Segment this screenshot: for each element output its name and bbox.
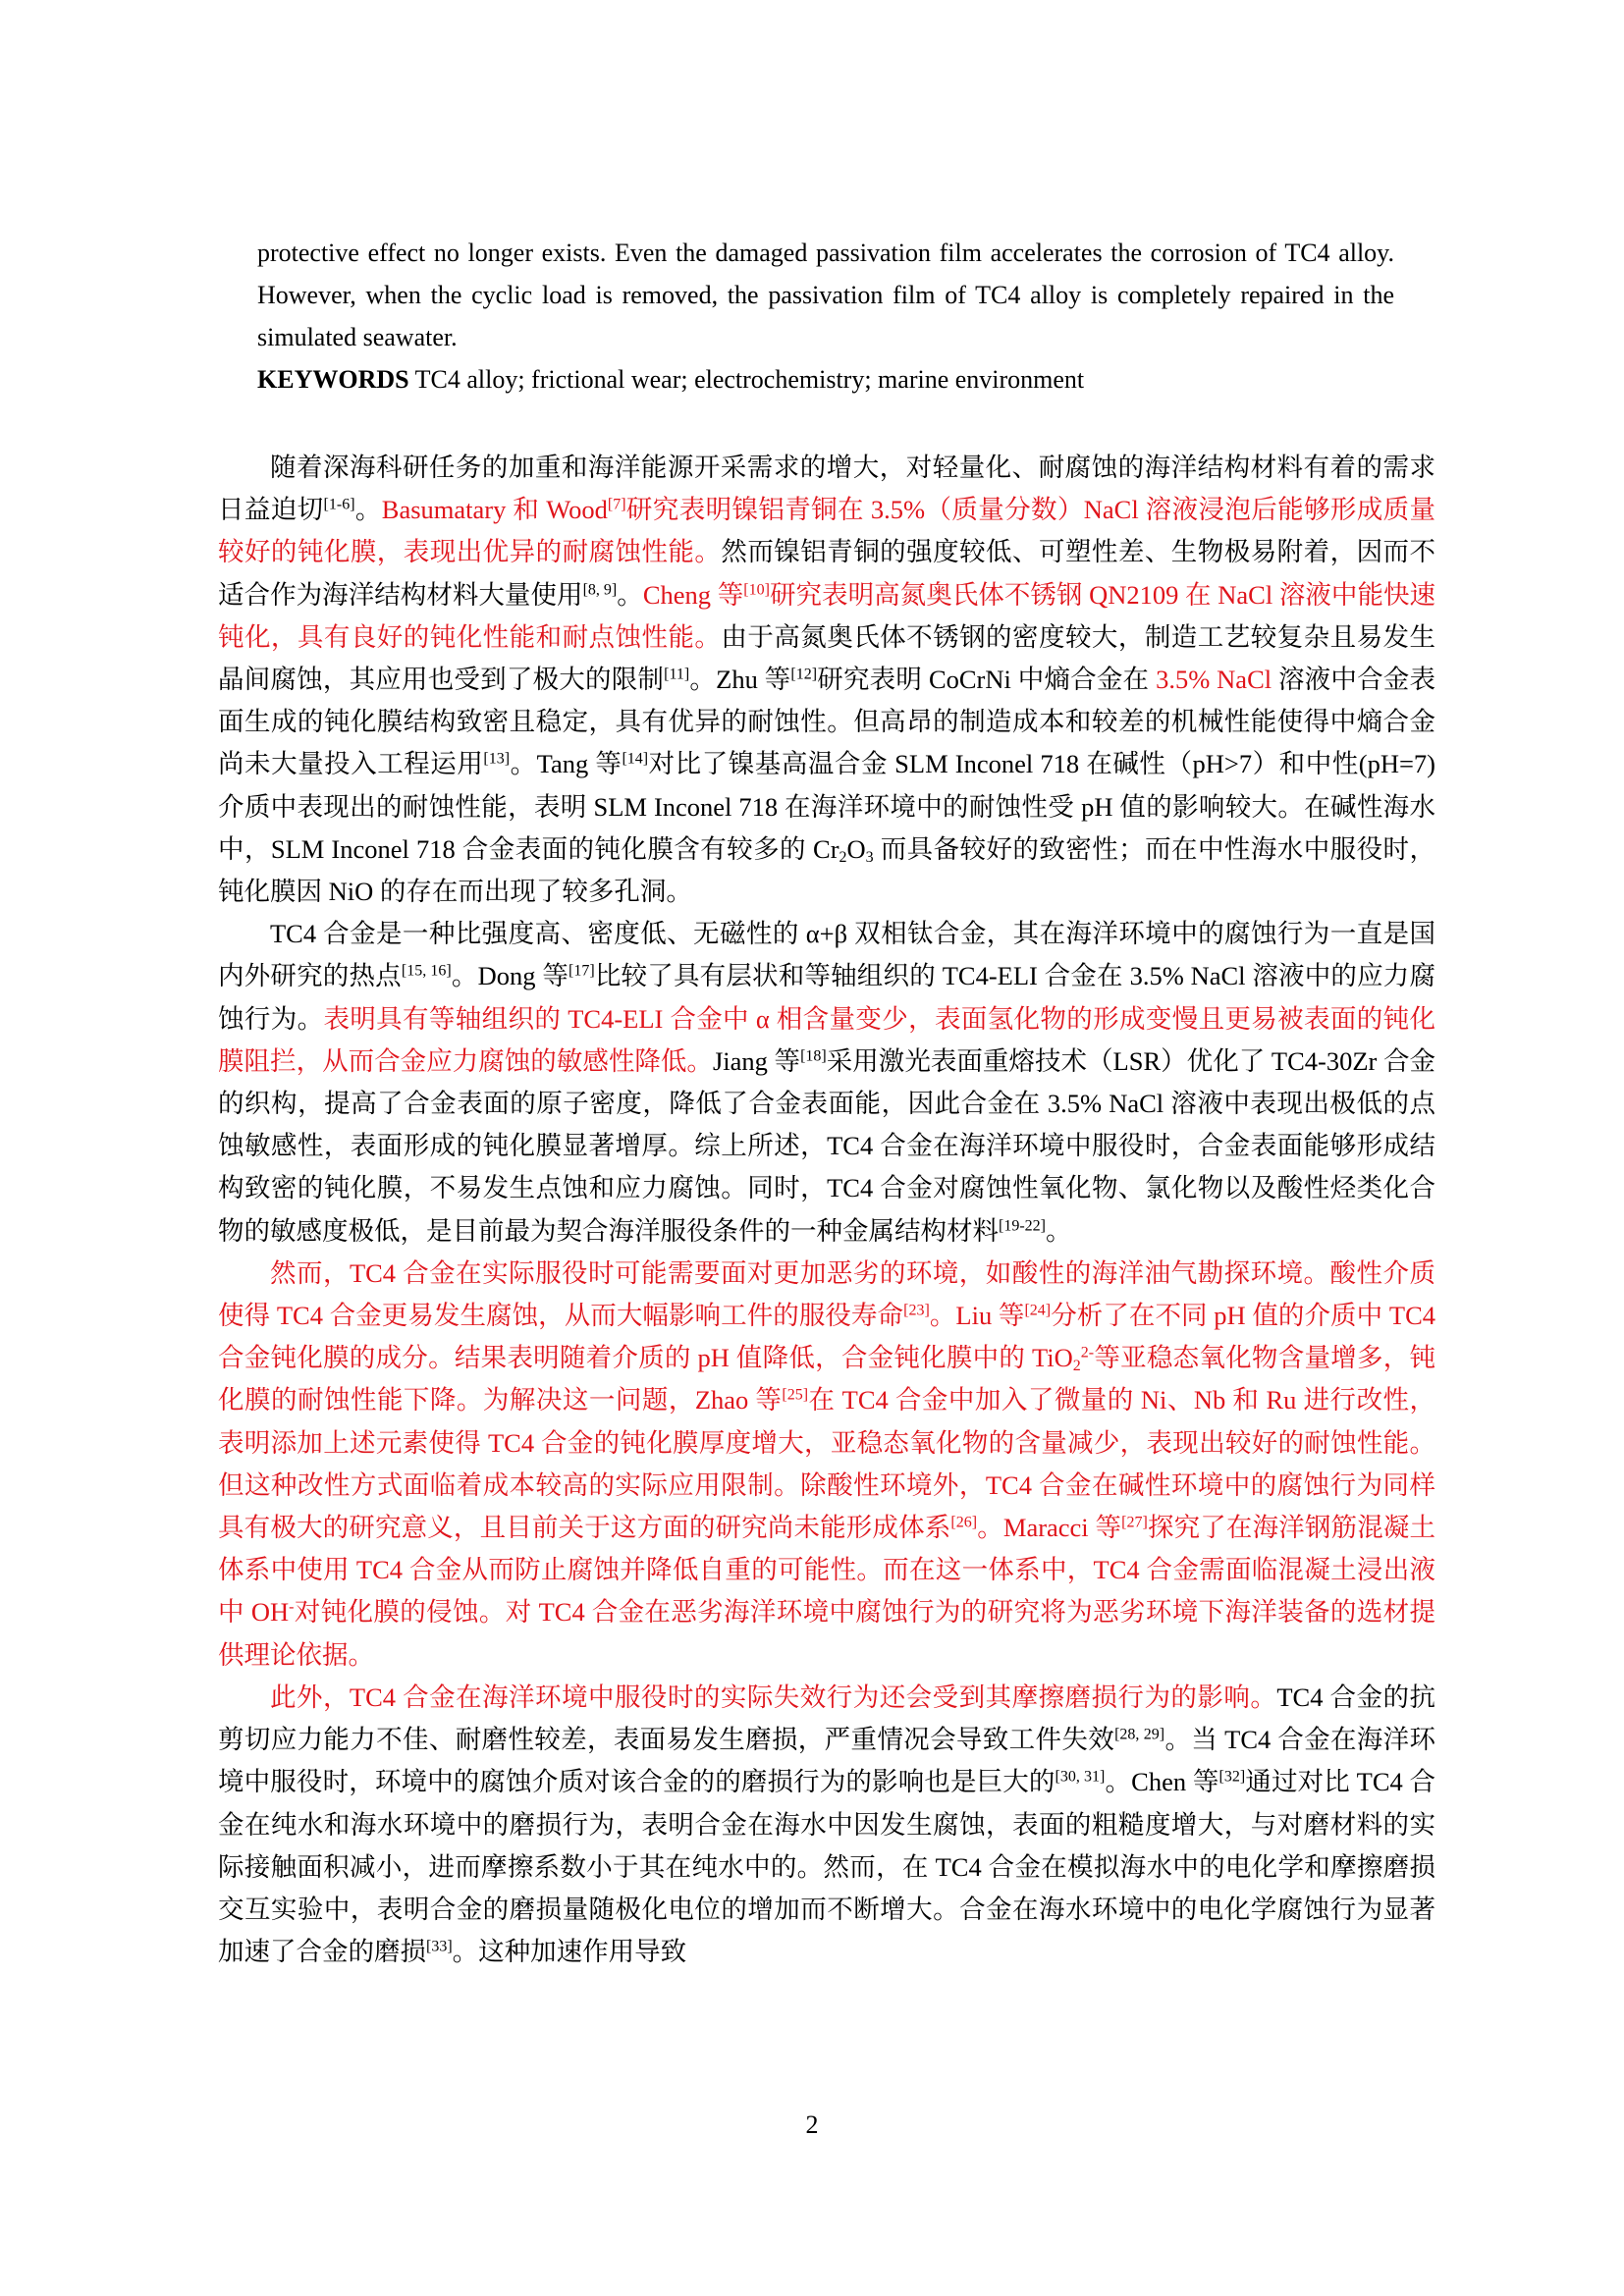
text-run: 。Tang 等: [510, 749, 622, 778]
highlighted-text: Basumatary 和 Wood: [382, 495, 608, 524]
text-run: 。这种加速作用导致: [453, 1937, 687, 1966]
paragraph-1: 随着深海科研任务的加重和海洋能源开采需求的增大，对轻量化、耐腐蚀的海洋结构材料有…: [218, 447, 1435, 913]
text-run: 。: [1046, 1216, 1072, 1246]
citation: [10]: [743, 581, 770, 598]
citation: [1-6]: [324, 497, 355, 513]
citation: [23]: [903, 1302, 930, 1318]
citation: [18]: [800, 1047, 827, 1064]
highlighted-text: 。Maracci 等: [977, 1513, 1121, 1542]
citation: 2-: [1081, 1345, 1094, 1362]
keywords-label: KEYWORDS: [257, 365, 409, 394]
citation: [26]: [950, 1514, 977, 1530]
page-number: 2: [0, 2110, 1624, 2140]
keywords-line: KEYWORDS TC4 alloy; frictional wear; ele…: [257, 358, 1394, 400]
text-run: 研究表明 CoCrNi 中熵合金在: [817, 665, 1156, 694]
highlighted-text: Cheng 等: [643, 580, 743, 610]
paragraph-4: 此外，TC4 合金在海洋环境中服役时的实际失效行为还会受到其摩擦磨损行为的影响。…: [218, 1677, 1435, 1973]
text-run: 。Chen 等: [1105, 1767, 1218, 1796]
abstract-continuation: protective effect no longer exists. Even…: [257, 232, 1394, 400]
text-run: 。: [617, 580, 643, 610]
citation: [12]: [790, 666, 817, 682]
paragraph-3: 然而，TC4 合金在实际服役时可能需要面对更加恶劣的环境，如酸性的海洋油气勘探环…: [218, 1253, 1435, 1677]
citation: [19-22]: [999, 1217, 1046, 1234]
citation: [14]: [622, 751, 648, 768]
citation: [33]: [426, 1939, 453, 1955]
citation: [13]: [483, 751, 510, 768]
citation: [27]: [1121, 1514, 1148, 1530]
citation: [25]: [782, 1387, 808, 1404]
citation: [30, 31]: [1056, 1769, 1106, 1786]
abstract-text: protective effect no longer exists. Even…: [257, 232, 1394, 358]
citation: [15, 16]: [402, 963, 452, 980]
highlighted-text: 此外，TC4 合金在海洋环境中服役时的实际失效行为还会受到其摩擦磨损行为的影响。: [270, 1682, 1276, 1712]
paragraph-2: TC4 合金是一种比强度高、密度低、无磁性的 α+β 双相钛合金，其在海洋环境中…: [218, 913, 1435, 1253]
highlighted-text: 对钝化膜的侵蚀。对 TC4 合金在恶劣海洋环境中腐蚀行为的研究将为恶劣环境下海洋…: [218, 1597, 1435, 1669]
text-run: 通过对比 TC4 合金在纯水和海水环境中的磨损行为，表明合金在海水中因发生腐蚀，…: [218, 1767, 1435, 1966]
subscript: 2: [1073, 1358, 1081, 1374]
subscript: 3: [866, 849, 874, 866]
text-run: 。Zhu 等: [689, 665, 790, 694]
highlighted-text: 3.5% NaCl: [1156, 665, 1272, 694]
text-run: O: [847, 834, 866, 864]
document-page: protective effect no longer exists. Even…: [0, 0, 1624, 2296]
citation: [17]: [568, 963, 595, 980]
body-text: 随着深海科研任务的加重和海洋能源开采需求的增大，对轻量化、耐腐蚀的海洋结构材料有…: [218, 447, 1435, 1973]
citation: [24]: [1024, 1302, 1051, 1318]
citation: [11]: [664, 666, 689, 682]
citation: [28, 29]: [1114, 1727, 1164, 1743]
citation: [32]: [1219, 1769, 1246, 1786]
text-run: 采用激光表面重熔技术（LSR）优化了 TC4-30Zr 合金的织构，提高了合金表…: [218, 1046, 1435, 1246]
subscript: 2: [839, 849, 847, 866]
text-run: 。: [355, 495, 382, 524]
keywords-text: TC4 alloy; frictional wear; electrochemi…: [409, 365, 1085, 394]
highlighted-text: 。Liu 等: [930, 1301, 1025, 1330]
citation: [7]: [608, 497, 626, 513]
text-run: Jiang 等: [713, 1046, 800, 1076]
text-run: 。Dong 等: [452, 961, 568, 990]
citation: [8, 9]: [583, 581, 618, 598]
